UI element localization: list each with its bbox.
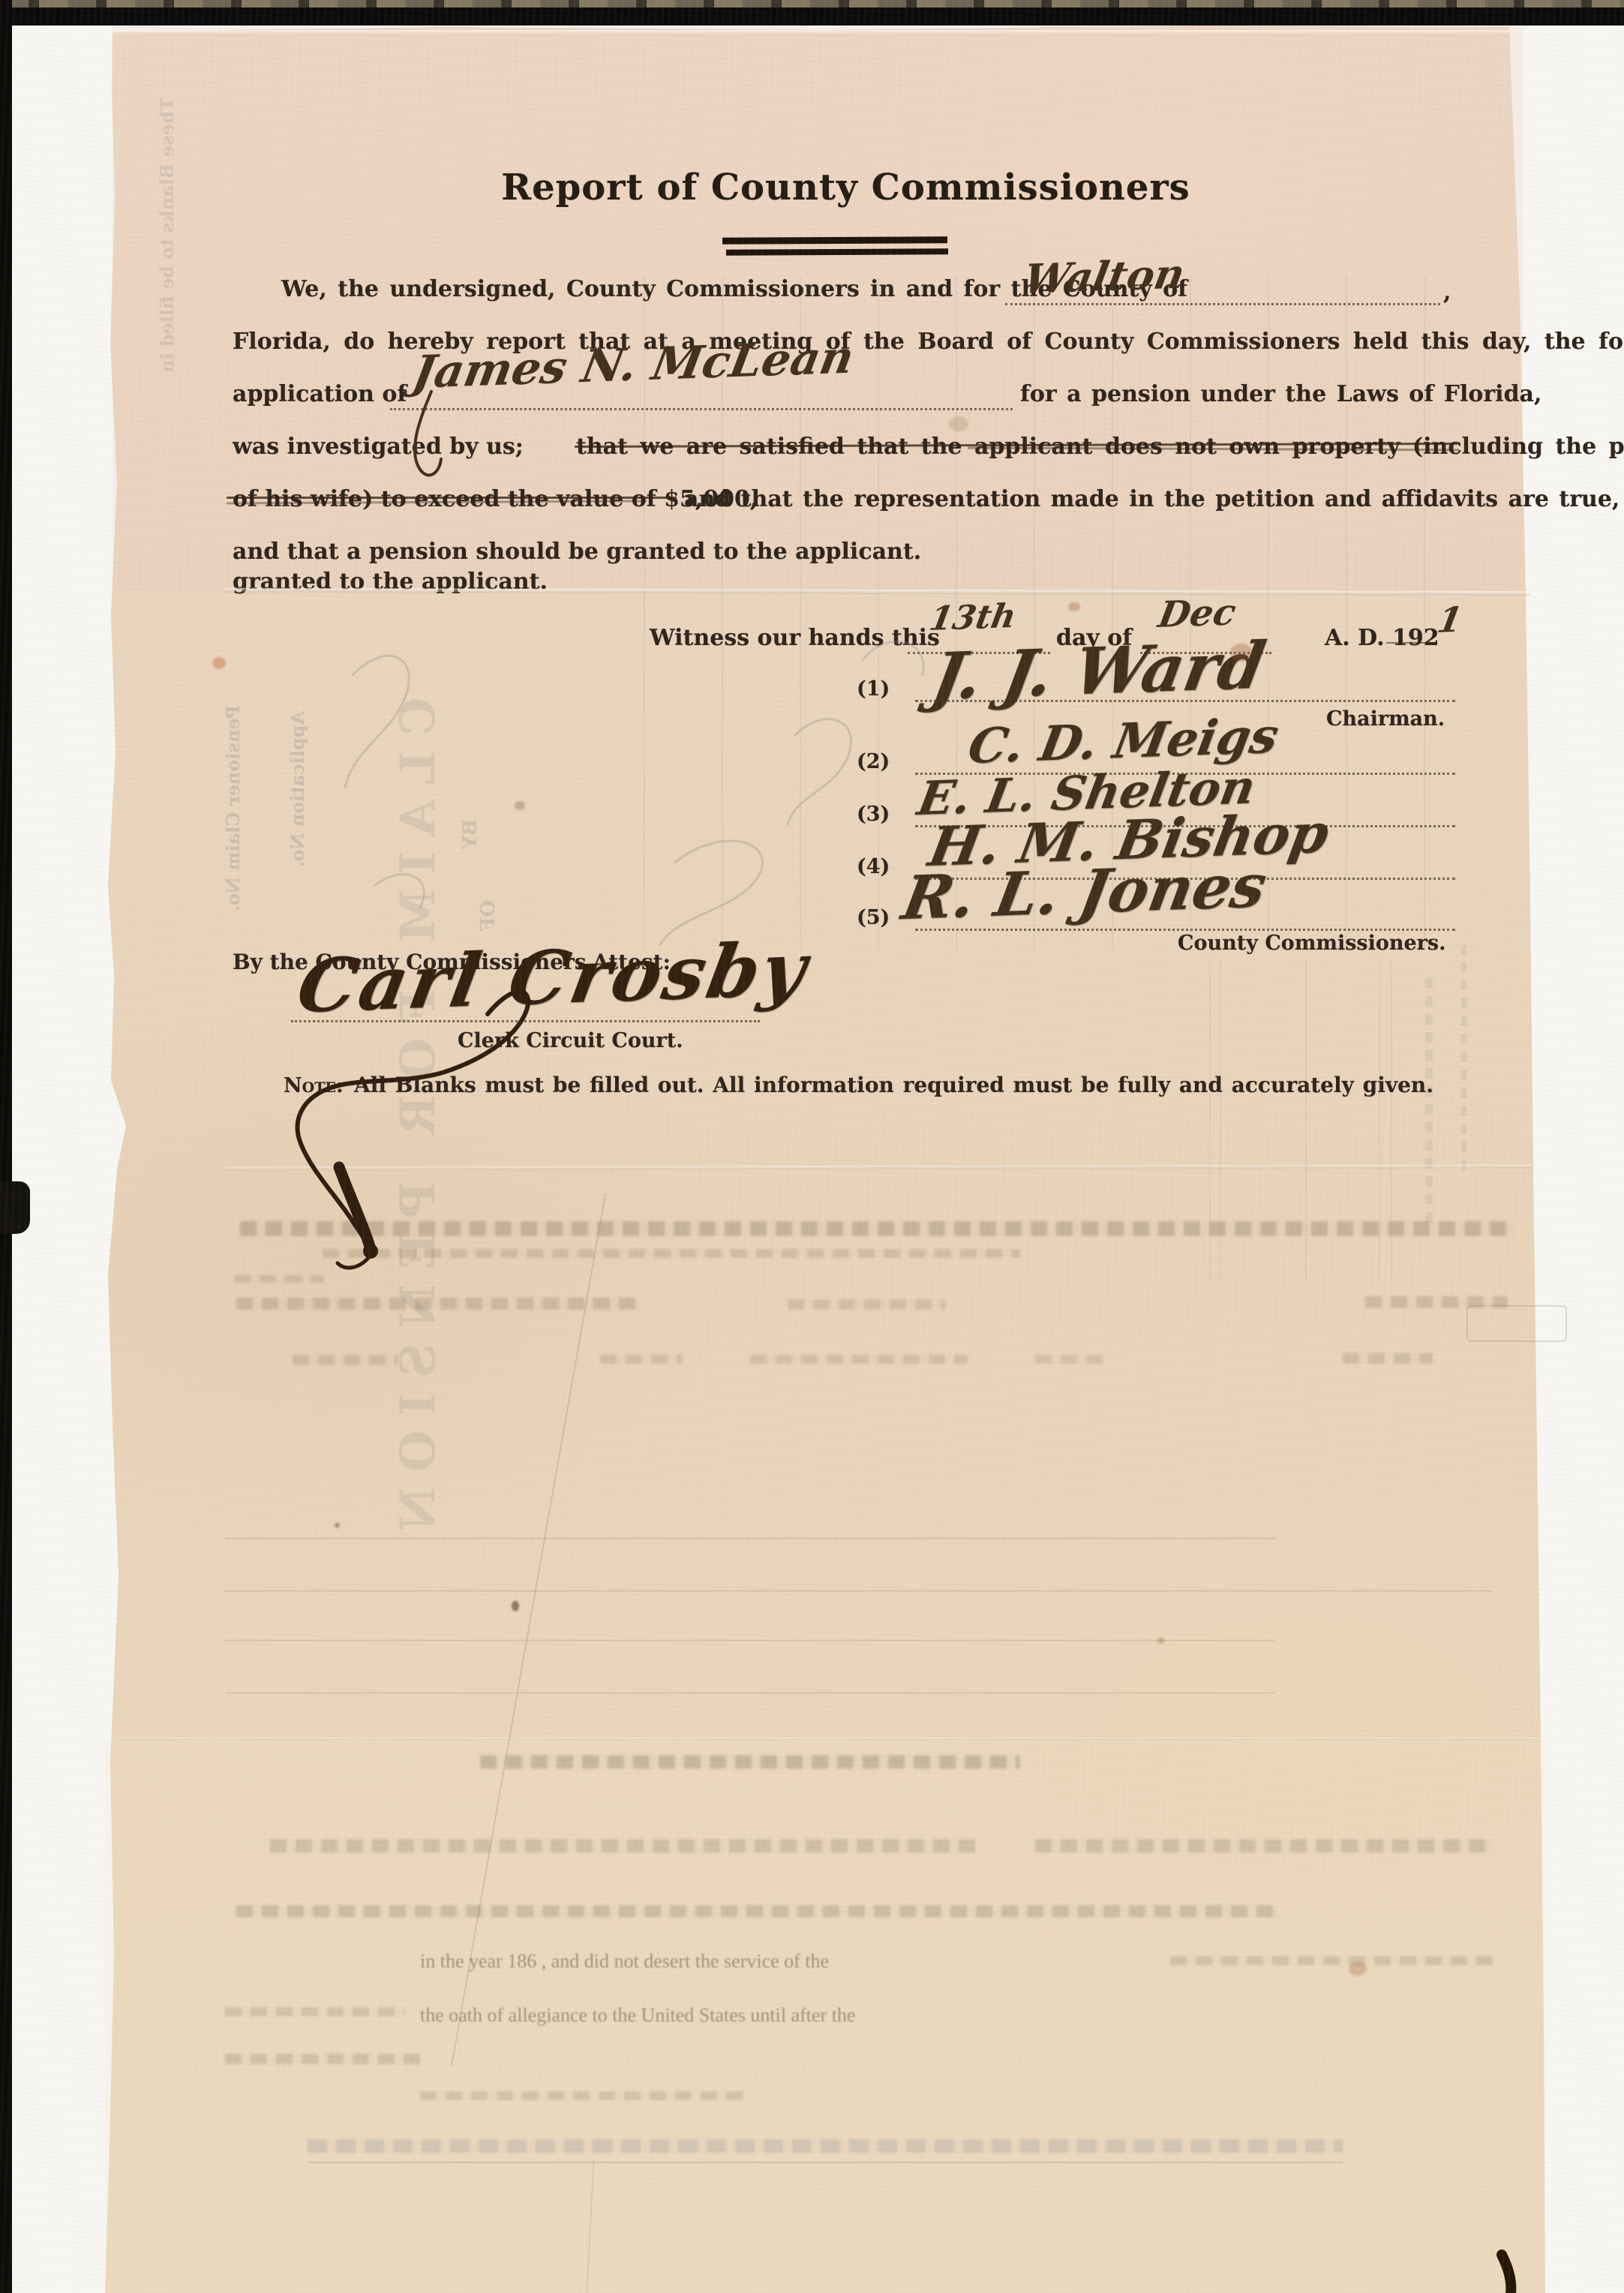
ink-speck — [335, 1523, 340, 1528]
ghost-vertical-smudge — [1425, 975, 1433, 1223]
ghost-typed-band — [234, 1275, 324, 1283]
ghost-rule — [225, 1590, 1493, 1592]
paper-stain — [515, 801, 525, 810]
signature-number: (2) — [857, 750, 890, 773]
ghost-table-rule — [878, 276, 879, 951]
clerk-signature-line — [291, 1020, 760, 1022]
witness-line-pre: Witness our hands this — [650, 625, 940, 651]
paper-stain — [1068, 602, 1080, 611]
body-line-3-post: for a pension under the Laws of Florida, — [1020, 381, 1541, 407]
scan-top-black-strip — [0, 8, 1624, 26]
ghost-vertical-text: BY — [459, 819, 482, 879]
ghost-typed-band — [1343, 1353, 1433, 1364]
scan-left-black-strip — [0, 0, 12, 1245]
strikethrough-line — [227, 497, 677, 499]
ghost-typed-band — [600, 1355, 683, 1364]
ghost-typed-band — [225, 2007, 405, 2016]
ghost-typed-band — [240, 1221, 1515, 1236]
ghost-claim-stamp: CLAIM FOR PENSION — [390, 698, 446, 1568]
ghost-rule — [225, 1538, 1275, 1539]
body-line-6: and that a pension should be granted to … — [233, 539, 921, 565]
paper-top-edge-glint — [113, 30, 1509, 36]
ghost-table-rule — [1346, 276, 1347, 951]
paper-stain — [1230, 644, 1253, 662]
ghost-typed-band — [1170, 1956, 1493, 1965]
signature-number: (5) — [857, 906, 890, 929]
ghost-vertical-text: These Blanks to be filled in — [156, 98, 178, 608]
fold-crease — [120, 1737, 1541, 1740]
scanned-document-page: These Blanks to be filled in Pensioner C… — [0, 0, 1624, 2293]
signature-number: (1) — [857, 677, 890, 701]
clerk-title: Clerk Circuit Court. — [458, 1029, 683, 1052]
ghost-typed-band — [293, 1355, 398, 1365]
handwritten-county: Walton — [1020, 250, 1188, 303]
ghost-typed-band — [420, 2091, 750, 2100]
ghost-typed-band — [1035, 1355, 1103, 1364]
fill-line-county — [1005, 303, 1440, 305]
signature-name: R. L. Jones — [897, 850, 1271, 933]
signature-number: (3) — [857, 803, 890, 826]
paper-stain — [949, 416, 968, 431]
ghost-typed-band — [270, 1839, 975, 1853]
chairman-label: Chairman. — [1326, 707, 1445, 731]
witness-year-prefix: A. D. 192 — [1325, 625, 1439, 651]
handwritten-year-dash — [1386, 642, 1433, 644]
ghost-vertical-smudge — [1461, 945, 1466, 1170]
ghost-typed-band — [308, 2139, 1343, 2153]
ghost-typed-band — [323, 1249, 1020, 1258]
ghost-typed-band — [480, 1755, 1020, 1769]
ghost-rule — [225, 1692, 1275, 1694]
body-line-3-pre: application of — [233, 381, 407, 407]
ghost-rule — [308, 2162, 1343, 2163]
body-line-5-post: and that the representation made in the … — [684, 486, 1619, 512]
ghost-typed-band — [1365, 1296, 1508, 1308]
ghost-vertical-text: Application No. — [287, 711, 308, 966]
scan-left-black-chip — [0, 1181, 30, 1234]
note-label: Note: — [284, 1074, 344, 1097]
ghost-typed-band — [236, 1298, 641, 1310]
clerk-signature: Carl Crosby — [291, 926, 815, 1030]
body-line-5-struck: of his wife) to exceed the value of $5,0… — [233, 486, 758, 512]
ghost-rule — [225, 1640, 1275, 1641]
signature-name: J. J. Ward — [926, 628, 1271, 715]
ghost-typed-band — [225, 2054, 420, 2064]
title-double-rule-top — [722, 236, 947, 245]
body-line-4-pre: was investigated by us; — [233, 434, 524, 460]
handwritten-day: 13th — [926, 597, 1019, 638]
title-double-rule-bottom — [726, 248, 948, 256]
ghost-typed-text: the oath of allegiance to the United Sta… — [420, 2004, 1493, 2027]
body-line-1-comma: , — [1443, 279, 1451, 305]
paper-stain — [212, 657, 226, 669]
ghost-typed-band — [1035, 1839, 1493, 1853]
ghost-stamp-box — [1466, 1305, 1567, 1342]
paper-stain — [1157, 1637, 1164, 1644]
note-text: All Blanks must be filled out. All infor… — [354, 1073, 1433, 1097]
signature-number: (4) — [857, 855, 890, 878]
ghost-typed-band — [788, 1299, 945, 1310]
ghost-typed-band — [750, 1355, 968, 1364]
ghost-table-rule — [1424, 276, 1425, 951]
ink-speck — [512, 1601, 519, 1611]
county-commissioners-label: County Commissioners. — [1178, 932, 1436, 955]
paper-stain — [1349, 1962, 1367, 1976]
page-title: Report of County Commissioners — [233, 167, 1459, 209]
fill-line-applicant — [390, 408, 1013, 410]
ghost-vertical-text: Pensioner Claim No. — [222, 705, 244, 990]
ghost-typed-band — [236, 1905, 1279, 1917]
